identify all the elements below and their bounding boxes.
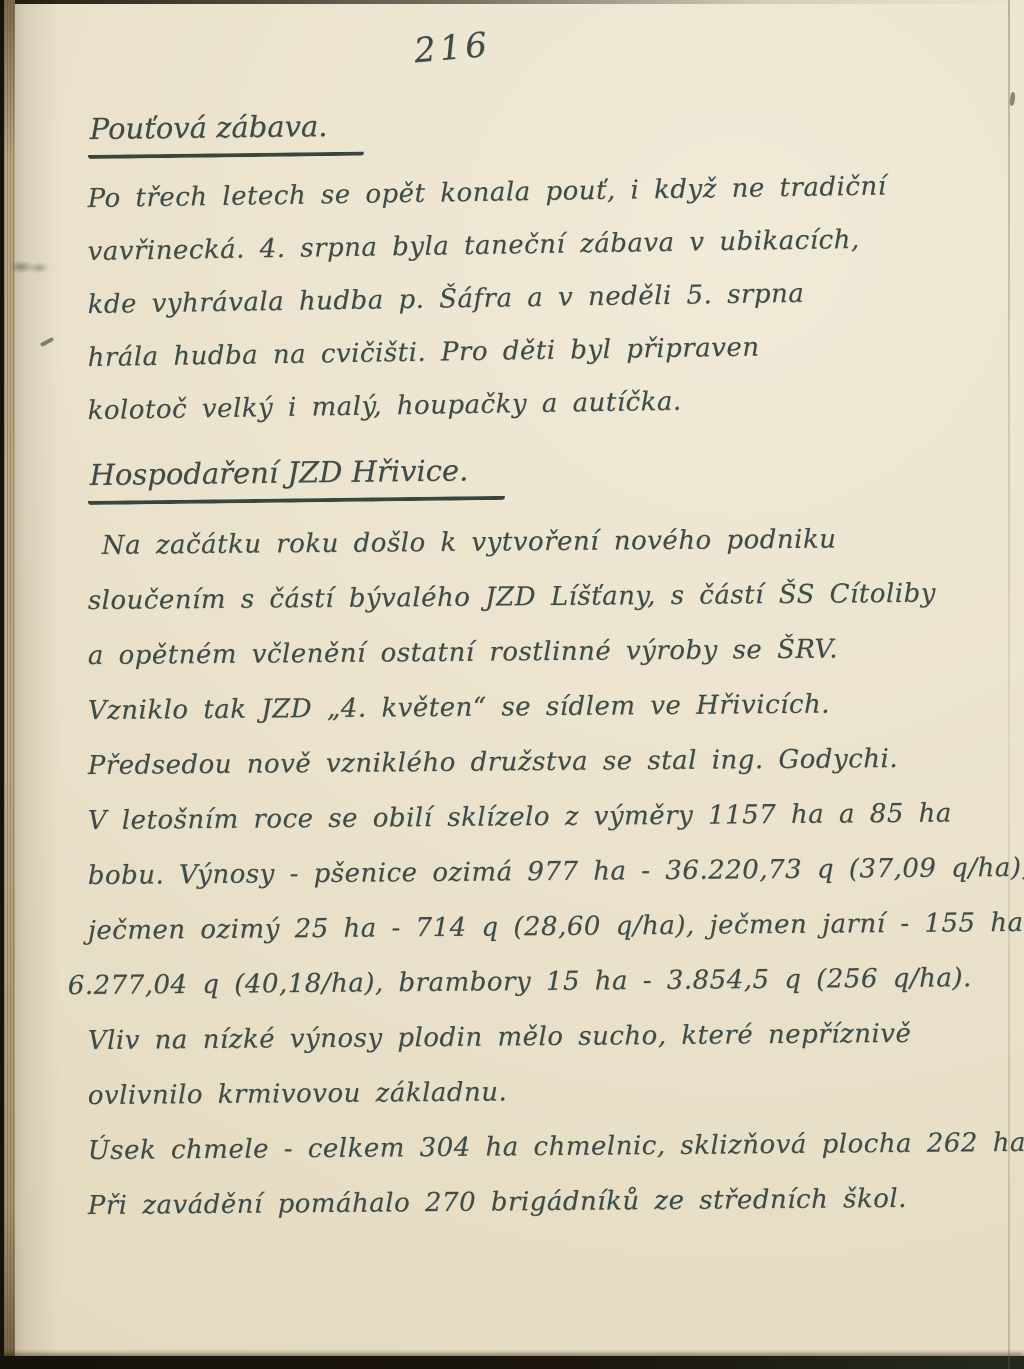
paragraph: Na začátku roku došlo k vytvoření nového…	[88, 519, 964, 1234]
handwritten-line: Při zavádění pomáhalo 270 brigádníků ze …	[88, 1171, 964, 1234]
handwritten-line: Vzniklo tak JZD „4. květen“ se sídlem ve…	[88, 676, 964, 739]
handwritten-line: ovlivnilo krmivovou základnu.	[88, 1061, 964, 1124]
scan-edge-top	[0, 0, 1024, 4]
handwritten-line: Na začátku roku došlo k vytvoření nového…	[88, 511, 964, 574]
handwritten-line: 6.277,04 q (40,18/ha), brambory 15 ha - …	[68, 951, 964, 1014]
smudge-mark	[12, 260, 48, 274]
handwritten-line: Vliv na nízké výnosy plodin mělo sucho, …	[88, 1006, 964, 1069]
scan-edge-bottom	[0, 1356, 1024, 1369]
paragraph: Po třech letech se opět konala pouť, i k…	[88, 173, 964, 438]
page-stack-edge	[4, 0, 15, 1369]
section-hospodareni-jzd: Hospodaření JZD Hřivice. Na začátku roku…	[88, 458, 964, 1234]
handwritten-line: Úsek chmele - celkem 304 ha chmelnic, sk…	[88, 1116, 964, 1179]
section-poutova-zabava: Pouťová zábava. Po třech letech se opět …	[88, 112, 964, 438]
handwritten-line: a opětném včlenění ostatní rostlinné výr…	[88, 621, 964, 684]
section-heading-text: Pouťová zábava.	[87, 109, 363, 159]
handwritten-line: bobu. Výnosy - pšenice ozimá 977 ha - 36…	[88, 841, 964, 904]
page-edge-nick	[1009, 92, 1016, 107]
handwritten-line: ječmen ozimý 25 ha - 714 q (28,60 q/ha),…	[88, 896, 964, 959]
scanned-chronicle-page: 216 Pouťová zábava. Po třech letech se o…	[0, 0, 1024, 1369]
page-crease	[1008, 0, 1010, 1369]
section-heading-text: Hospodaření JZD Hřivice.	[87, 453, 504, 505]
handwritten-line: sloučením s částí bývalého JZD Líšťany, …	[88, 566, 964, 629]
page-number: 216	[412, 25, 492, 72]
section-heading: Hospodaření JZD Hřivice.	[88, 458, 964, 505]
pen-stroke-mark	[40, 337, 54, 347]
handwritten-line: V letošním roce se obilí sklízelo z výmě…	[88, 786, 964, 849]
section-heading: Pouťová zábava.	[88, 112, 964, 159]
handwritten-line: Předsedou nově vzniklého družstva se sta…	[88, 731, 964, 794]
